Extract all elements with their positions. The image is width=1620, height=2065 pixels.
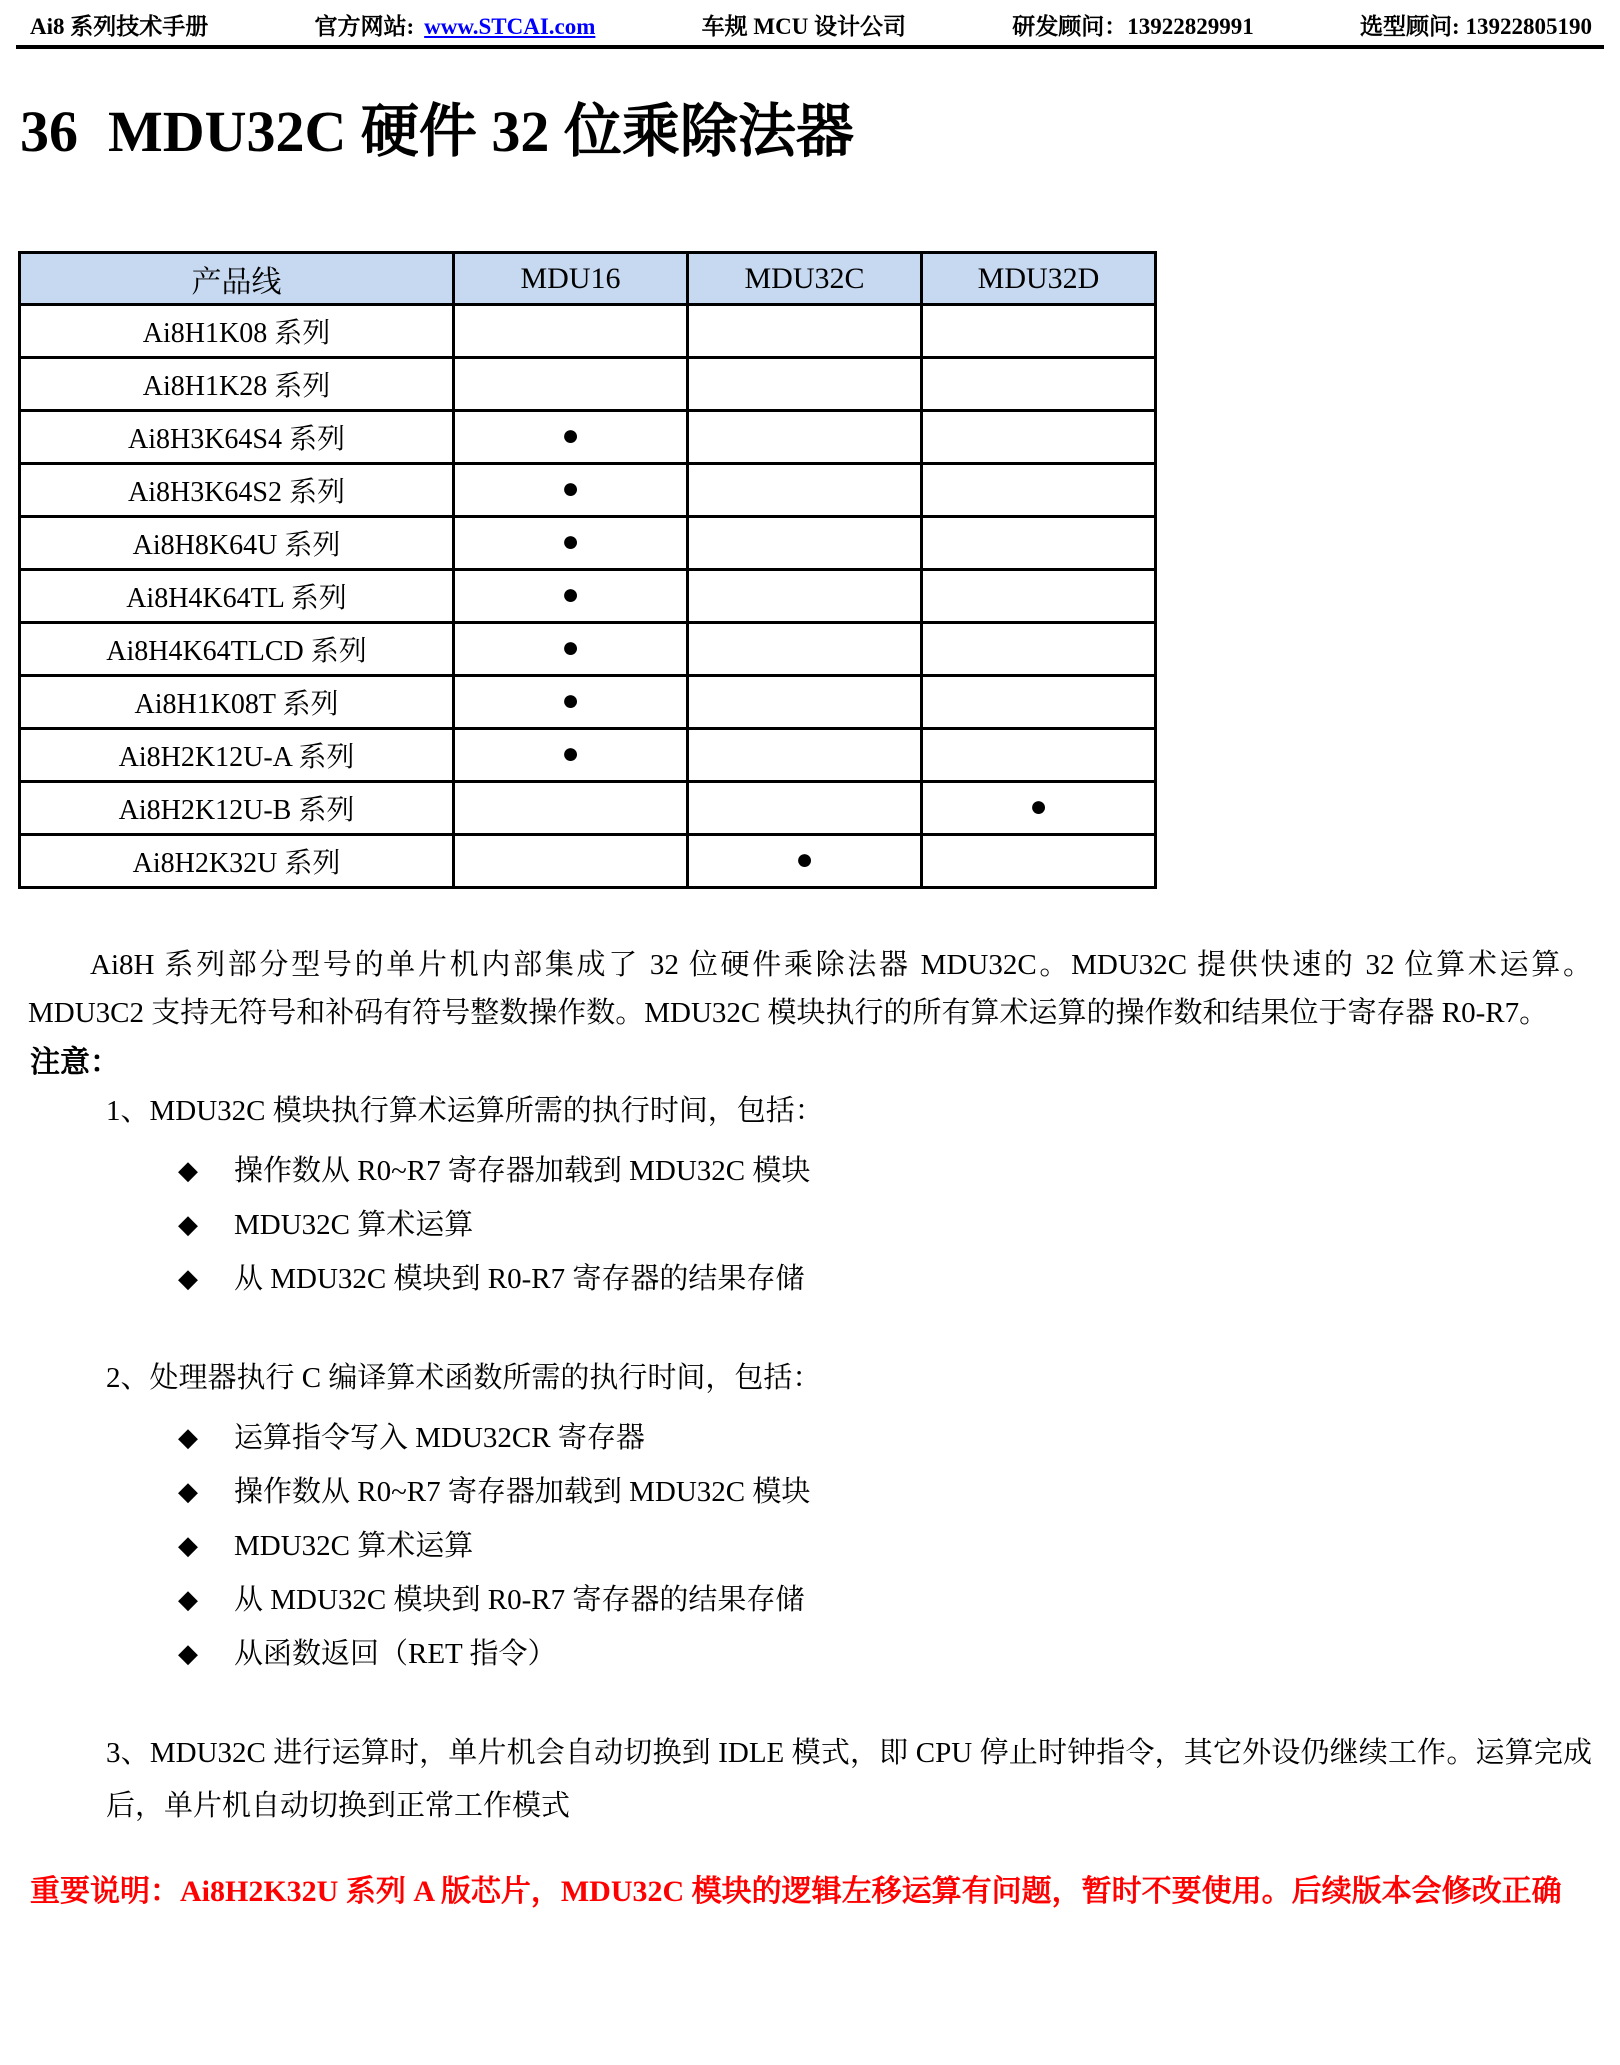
bullet-text: 运算指令写入 MDU32CR 寄存器 xyxy=(234,1411,645,1465)
mdu16-cell: ● xyxy=(454,729,688,782)
mdu32c-cell xyxy=(688,570,922,623)
important-warning: 重要说明：Ai8H2K32U 系列 A 版芯片，MDU32C 模块的逻辑左移运算… xyxy=(30,1867,1594,1917)
note-heading: 3、MDU32C 进行运算时，单片机会自动切换到 IDLE 模式，即 CPU 停… xyxy=(106,1727,1592,1833)
bullet-list: ◆运算指令写入 MDU32CR 寄存器◆操作数从 R0~R7 寄存器加载到 MD… xyxy=(0,1411,1592,1681)
site-link[interactable]: www.STCAI.com xyxy=(424,14,595,40)
mdu32c-cell xyxy=(688,623,922,676)
manual-title: Ai8 系列技术手册 xyxy=(30,8,208,41)
note-heading: 1、MDU32C 模块执行算术运算所需的执行时间，包括： xyxy=(106,1085,1592,1138)
bullet-item: ◆从 MDU32C 模块到 R0-R7 寄存器的结果存储 xyxy=(178,1252,1592,1306)
note-block: 2、处理器执行 C 编译算术函数所需的执行时间，包括：◆运算指令写入 MDU32… xyxy=(0,1352,1592,1681)
note-block: 1、MDU32C 模块执行算术运算所需的执行时间，包括：◆操作数从 R0~R7 … xyxy=(0,1085,1592,1306)
mdu32d-cell xyxy=(922,729,1156,782)
support-dot-icon: ● xyxy=(561,419,579,452)
support-dot-icon: ● xyxy=(561,684,579,717)
mdu32c-cell xyxy=(688,729,922,782)
diamond-bullet-icon: ◆ xyxy=(178,1573,234,1627)
mdu16-cell: ● xyxy=(454,676,688,729)
diamond-bullet-icon: ◆ xyxy=(178,1198,234,1252)
intro-paragraph: Ai8H 系列部分型号的单片机内部集成了 32 位硬件乘除法器 MDU32C。M… xyxy=(28,941,1592,1037)
mdu32c-cell xyxy=(688,358,922,411)
mdu32c-cell: ● xyxy=(688,835,922,888)
product-feature-table: 产品线 MDU16 MDU32C MDU32D Ai8H1K08 系列Ai8H1… xyxy=(18,251,1157,889)
diamond-bullet-icon: ◆ xyxy=(178,1519,234,1573)
mdu32d-cell xyxy=(922,464,1156,517)
product-line-cell: Ai8H3K64S2 系列 xyxy=(20,464,454,517)
table-row: Ai8H2K12U-B 系列● xyxy=(20,782,1156,835)
mdu16-cell: ● xyxy=(454,411,688,464)
document-page: Ai8 系列技术手册 官方网站: www.STCAI.com 车规 MCU 设计… xyxy=(0,0,1620,2065)
diamond-bullet-icon: ◆ xyxy=(178,1627,234,1681)
support-dot-icon: ● xyxy=(795,843,813,876)
column-header-mdu32d: MDU32D xyxy=(922,253,1156,305)
column-header-mdu16: MDU16 xyxy=(454,253,688,305)
table-row: Ai8H1K08 系列 xyxy=(20,305,1156,358)
support-dot-icon: ● xyxy=(1029,790,1047,823)
bullet-item: ◆操作数从 R0~R7 寄存器加载到 MDU32C 模块 xyxy=(178,1465,1592,1519)
bullet-text: MDU32C 算术运算 xyxy=(234,1519,473,1573)
product-line-cell: Ai8H3K64S4 系列 xyxy=(20,411,454,464)
diamond-bullet-icon: ◆ xyxy=(178,1144,234,1198)
page-title: 36 MDU32C 硬件 32 位乘除法器 xyxy=(20,99,1620,165)
support-dot-icon: ● xyxy=(561,472,579,505)
chapter-number: 36 xyxy=(20,99,78,165)
support-dot-icon: ● xyxy=(561,631,579,664)
diamond-bullet-icon: ◆ xyxy=(178,1465,234,1519)
mdu32c-cell xyxy=(688,676,922,729)
mdu16-cell xyxy=(454,358,688,411)
product-line-cell: Ai8H2K12U-A 系列 xyxy=(20,729,454,782)
mdu32c-cell xyxy=(688,411,922,464)
table-row: Ai8H4K64TL 系列● xyxy=(20,570,1156,623)
table-row: Ai8H4K64TLCD 系列● xyxy=(20,623,1156,676)
table-row: Ai8H2K32U 系列● xyxy=(20,835,1156,888)
mdu32c-cell xyxy=(688,517,922,570)
mdu32d-cell xyxy=(922,411,1156,464)
table-header-row: 产品线 MDU16 MDU32C MDU32D xyxy=(20,253,1156,305)
bullet-item: ◆操作数从 R0~R7 寄存器加载到 MDU32C 模块 xyxy=(178,1144,1592,1198)
mdu32c-cell xyxy=(688,782,922,835)
mdu32d-cell: ● xyxy=(922,782,1156,835)
bullet-item: ◆从函数返回（RET 指令） xyxy=(178,1627,1592,1681)
chapter-title-text: MDU32C 硬件 32 位乘除法器 xyxy=(108,99,854,165)
mdu16-cell: ● xyxy=(454,517,688,570)
product-line-cell: Ai8H2K12U-B 系列 xyxy=(20,782,454,835)
table-row: Ai8H1K08T 系列● xyxy=(20,676,1156,729)
table-row: Ai8H3K64S4 系列● xyxy=(20,411,1156,464)
rd-contact: 研发顾问：13922829991 xyxy=(1012,8,1254,41)
mdu16-cell xyxy=(454,835,688,888)
mdu16-cell: ● xyxy=(454,570,688,623)
support-dot-icon: ● xyxy=(561,525,579,558)
mdu32d-cell xyxy=(922,358,1156,411)
bullet-item: ◆从 MDU32C 模块到 R0-R7 寄存器的结果存储 xyxy=(178,1573,1592,1627)
bullet-text: 从 MDU32C 模块到 R0-R7 寄存器的结果存储 xyxy=(234,1573,804,1627)
table-row: Ai8H8K64U 系列● xyxy=(20,517,1156,570)
mdu32d-cell xyxy=(922,570,1156,623)
bullet-text: 操作数从 R0~R7 寄存器加载到 MDU32C 模块 xyxy=(234,1465,810,1519)
diamond-bullet-icon: ◆ xyxy=(178,1411,234,1465)
note-heading: 2、处理器执行 C 编译算术函数所需的执行时间，包括： xyxy=(106,1352,1592,1405)
table-row: Ai8H2K12U-A 系列● xyxy=(20,729,1156,782)
mdu32d-cell xyxy=(922,623,1156,676)
table-row: Ai8H1K28 系列 xyxy=(20,358,1156,411)
product-line-cell: Ai8H2K32U 系列 xyxy=(20,835,454,888)
site-label: 官方网站: xyxy=(314,8,414,41)
mdu32d-cell xyxy=(922,305,1156,358)
mdu32d-cell xyxy=(922,835,1156,888)
selection-contact: 选型顾问: 13922805190 xyxy=(1360,8,1592,41)
mdu16-cell: ● xyxy=(454,623,688,676)
product-line-cell: Ai8H1K08 系列 xyxy=(20,305,454,358)
product-line-cell: Ai8H1K28 系列 xyxy=(20,358,454,411)
company-name: 车规 MCU 设计公司 xyxy=(702,8,906,41)
mdu32d-cell xyxy=(922,517,1156,570)
bullet-text: 操作数从 R0~R7 寄存器加载到 MDU32C 模块 xyxy=(234,1144,810,1198)
page-header: Ai8 系列技术手册 官方网站: www.STCAI.com 车规 MCU 设计… xyxy=(0,0,1620,41)
note-block: 3、MDU32C 进行运算时，单片机会自动切换到 IDLE 模式，即 CPU 停… xyxy=(0,1727,1592,1833)
bullet-item: ◆MDU32C 算术运算 xyxy=(178,1519,1592,1573)
mdu16-cell xyxy=(454,305,688,358)
warning-label: 重要说明： xyxy=(30,1875,180,1908)
mdu16-cell: ● xyxy=(454,464,688,517)
warning-text: Ai8H2K32U 系列 A 版芯片，MDU32C 模块的逻辑左移运算有问题，暂… xyxy=(180,1875,1562,1908)
official-site: 官方网站: www.STCAI.com xyxy=(314,8,595,41)
mdu32c-cell xyxy=(688,305,922,358)
product-line-cell: Ai8H1K08T 系列 xyxy=(20,676,454,729)
bullet-item: ◆运算指令写入 MDU32CR 寄存器 xyxy=(178,1411,1592,1465)
product-line-cell: Ai8H4K64TL 系列 xyxy=(20,570,454,623)
bullet-item: ◆MDU32C 算术运算 xyxy=(178,1198,1592,1252)
diamond-bullet-icon: ◆ xyxy=(178,1252,234,1306)
column-header-mdu32c: MDU32C xyxy=(688,253,922,305)
bullet-text: 从函数返回（RET 指令） xyxy=(234,1627,557,1681)
bullet-list: ◆操作数从 R0~R7 寄存器加载到 MDU32C 模块◆MDU32C 算术运算… xyxy=(0,1144,1592,1306)
column-header-product-line: 产品线 xyxy=(20,253,454,305)
product-line-cell: Ai8H8K64U 系列 xyxy=(20,517,454,570)
bullet-text: MDU32C 算术运算 xyxy=(234,1198,473,1252)
support-dot-icon: ● xyxy=(561,578,579,611)
notes-section: 1、MDU32C 模块执行算术运算所需的执行时间，包括：◆操作数从 R0~R7 … xyxy=(0,1085,1620,1833)
mdu16-cell xyxy=(454,782,688,835)
table-row: Ai8H3K64S2 系列● xyxy=(20,464,1156,517)
note-label: 注意： xyxy=(30,1041,1620,1085)
support-dot-icon: ● xyxy=(561,737,579,770)
mdu32d-cell xyxy=(922,676,1156,729)
header-divider xyxy=(16,45,1604,49)
bullet-text: 从 MDU32C 模块到 R0-R7 寄存器的结果存储 xyxy=(234,1252,804,1306)
product-line-cell: Ai8H4K64TLCD 系列 xyxy=(20,623,454,676)
mdu32c-cell xyxy=(688,464,922,517)
